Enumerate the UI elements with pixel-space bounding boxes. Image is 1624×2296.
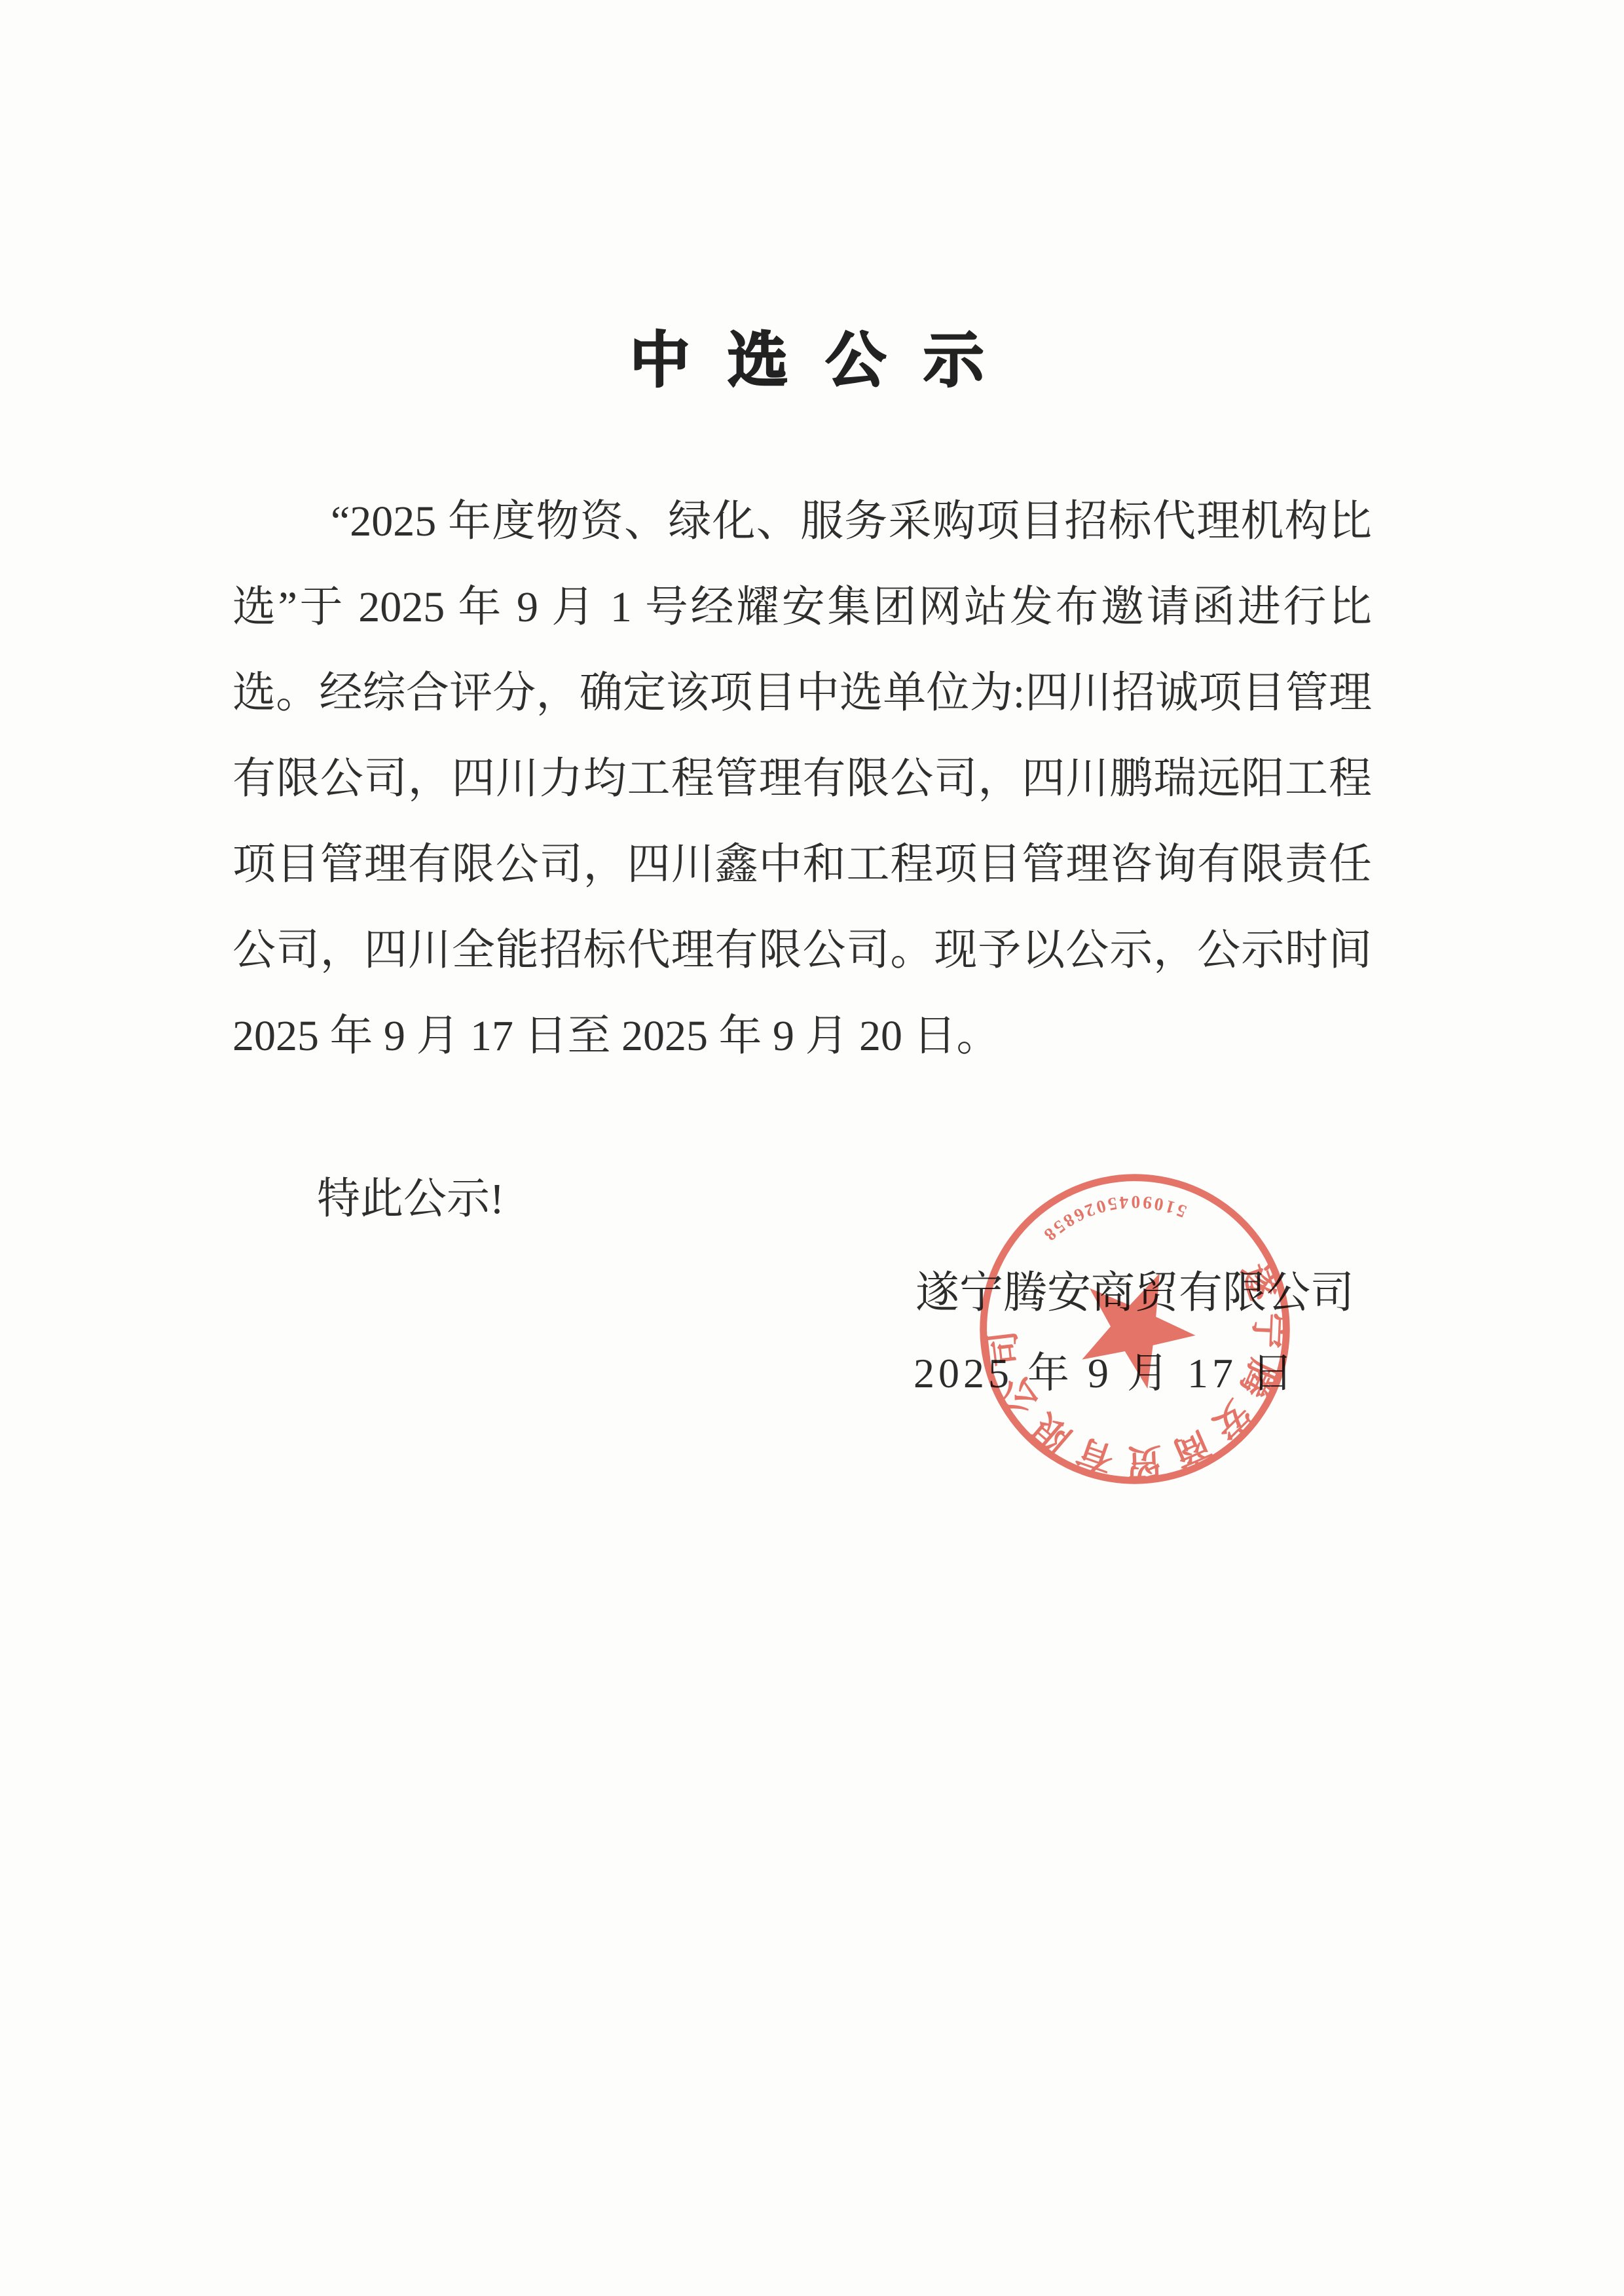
seal-company-text: 遂宁腾安商贸有限公司 xyxy=(976,1257,1295,1489)
seal-star-icon xyxy=(1068,1269,1204,1401)
page-title: 中 选 公 示 xyxy=(0,331,1624,391)
body-line-5: 项目管理有限公司，四川鑫中和工程项目管理咨询有限责任 xyxy=(232,822,1372,907)
body-line-1: “2025 年度物资、绿化、服务采购项目招标代理机构比 xyxy=(232,479,1372,564)
closing-statement: 特此公示! xyxy=(317,1176,504,1222)
seal-serial-number: 5109045026858 xyxy=(1033,1178,1192,1251)
body-paragraph: “2025 年度物资、绿化、服务采购项目招标代理机构比 选”于 2025 年 9… xyxy=(232,479,1372,1079)
body-line-3: 选。经综合评分，确定该项目中选单位为:四川招诚项目管理 xyxy=(232,650,1372,736)
body-line-6: 公司，四川全能招标代理有限公司。现予以公示，公示时间 xyxy=(232,907,1372,993)
document-page: 中 选 公 示 “2025 年度物资、绿化、服务采购项目招标代理机构比 选”于 … xyxy=(0,0,1624,2296)
company-seal-stamp: 遂宁腾安商贸有限公司 5109045026858 xyxy=(974,1169,1295,1489)
body-line-2: 选”于 2025 年 9 月 1 号经耀安集团网站发布邀请函进行比 xyxy=(232,564,1372,650)
body-line-4: 有限公司，四川力均工程管理有限公司，四川鹏瑞远阳工程 xyxy=(232,736,1372,822)
seal-graphic: 遂宁腾安商贸有限公司 5109045026858 xyxy=(974,1169,1295,1489)
body-line-7: 2025 年 9 月 17 日至 2025 年 9 月 20 日。 xyxy=(232,993,1372,1079)
